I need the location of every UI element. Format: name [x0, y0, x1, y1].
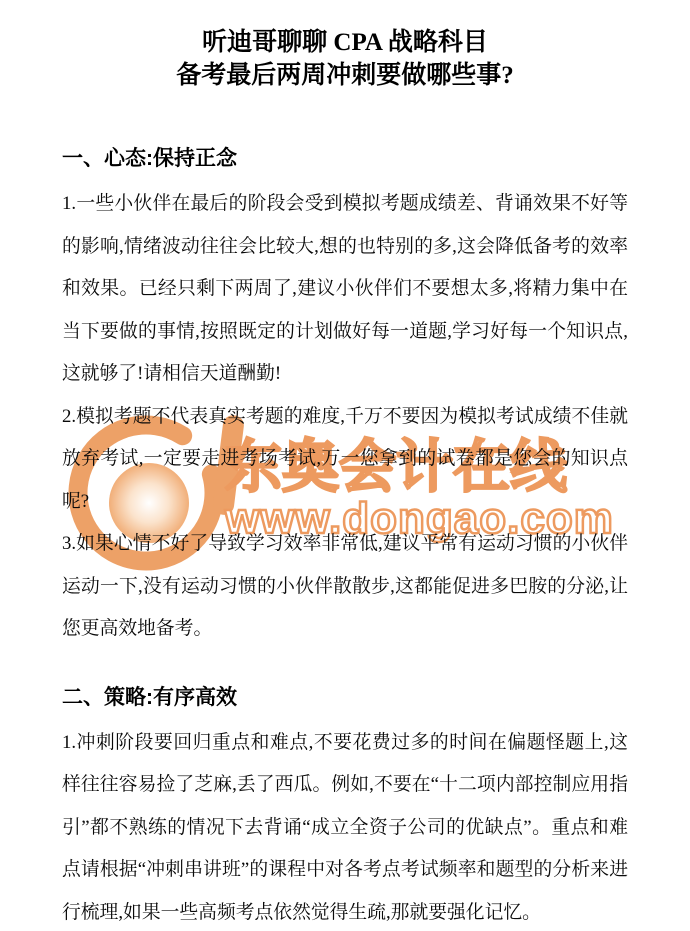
document-page: 东奥会计在线 www.dongao.com 听迪哥聊聊 CPA 战略科目 备考最… — [0, 0, 690, 931]
paragraph-mentality-3: 3.如果心情不好了导致学习效率非常低,建议平常有运动习惯的小伙伴运动一下,没有运… — [62, 523, 628, 651]
section-heading-strategy: 二、策略:有序高效 — [62, 683, 628, 713]
document-title: 听迪哥聊聊 CPA 战略科目 备考最后两周冲刺要做哪些事? — [62, 0, 628, 92]
section-heading-mentality: 一、心态:保持正念 — [62, 144, 628, 174]
paragraph-strategy-1: 1.冲刺阶段要回归重点和难点,不要花费过多的时间在偏题怪题上,这样往往容易捡了芝… — [62, 722, 628, 931]
paragraph-mentality-2: 2.模拟考题不代表真实考题的难度,千万不要因为模拟考试成绩不佳就放弃考试,一定要… — [62, 396, 628, 524]
paragraph-mentality-1: 1.一些小伙伴在最后的阶段会受到模拟考题成绩差、背诵效果不好等的影响,情绪波动往… — [62, 183, 628, 396]
document-content: 听迪哥聊聊 CPA 战略科目 备考最后两周冲刺要做哪些事? 一、心态:保持正念 … — [62, 0, 628, 931]
title-line-1: 听迪哥聊聊 CPA 战略科目 — [62, 26, 628, 59]
title-line-2: 备考最后两周冲刺要做哪些事? — [62, 59, 628, 92]
